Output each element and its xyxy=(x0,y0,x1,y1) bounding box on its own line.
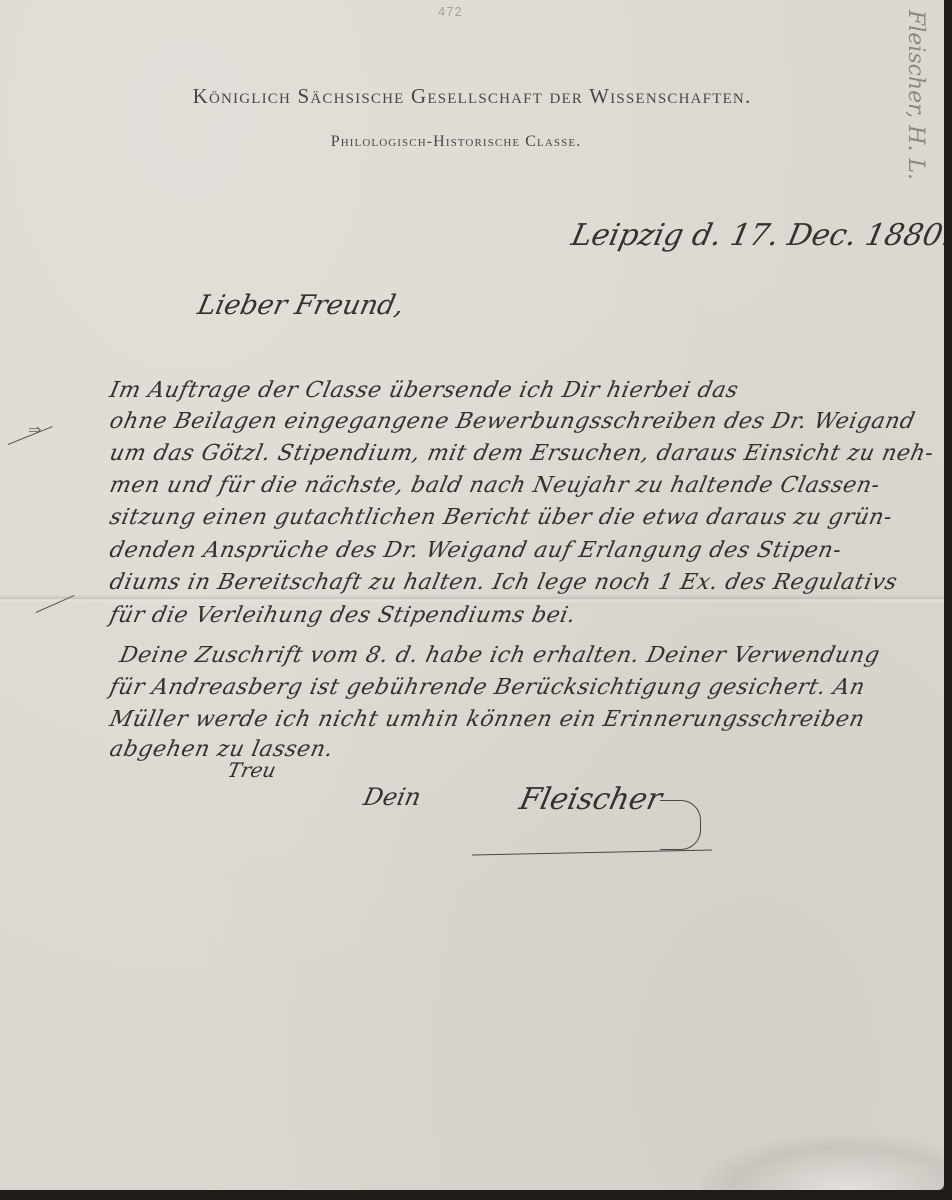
scan-border-right xyxy=(944,0,952,1200)
body-line: um das Götzl. Stipendium, mit dem Ersuch… xyxy=(107,441,936,466)
body-line: für die Verleihung des Stipendiums bei. xyxy=(107,603,578,628)
body-line: denden Ansprüche des Dr. Weigand auf Erl… xyxy=(107,538,844,563)
paper-fold-crease xyxy=(0,595,944,603)
date-line: Leipzig d. 17. Dec. 1880. xyxy=(568,218,952,253)
body-line: Müller werde ich nicht umhin können ein … xyxy=(107,707,867,732)
archive-number: 472 xyxy=(438,4,463,19)
body-line: ohne Beilagen eingegangene Bewerbungssch… xyxy=(107,409,917,434)
paper-corner-curl xyxy=(700,1135,944,1190)
body-line: Deine Zuschrift vom 8. d. habe ich erhal… xyxy=(117,643,882,668)
scan-border-bottom xyxy=(0,1190,952,1200)
signature: Fleischer xyxy=(516,782,665,817)
closing-treu: Treu xyxy=(225,758,278,782)
letter-page: 472 Fleischer, H. L. Königlich Sächsisch… xyxy=(0,0,944,1190)
signature-flourish xyxy=(660,800,701,850)
body-line: sitzung einen gutachtlichen Bericht über… xyxy=(107,505,894,530)
body-line: men und für die nächste, bald nach Neuja… xyxy=(107,473,882,498)
letterhead-title: Königlich Sächsische Gesellschaft der Wi… xyxy=(0,84,944,109)
letterhead-subtitle: Philologisch-Historische Classe. xyxy=(0,133,912,151)
salutation: Lieber Freund, xyxy=(195,290,407,321)
body-line: abgehen zu lassen. xyxy=(107,737,335,762)
body-line: diums in Bereitschaft zu halten. Ich leg… xyxy=(107,570,899,595)
body-line: Im Auftrage der Classe übersende ich Dir… xyxy=(107,378,740,403)
signature-underline xyxy=(472,849,712,855)
closing-dein: Dein xyxy=(361,783,424,811)
body-line: für Andreasberg ist gebührende Berücksic… xyxy=(107,675,867,700)
